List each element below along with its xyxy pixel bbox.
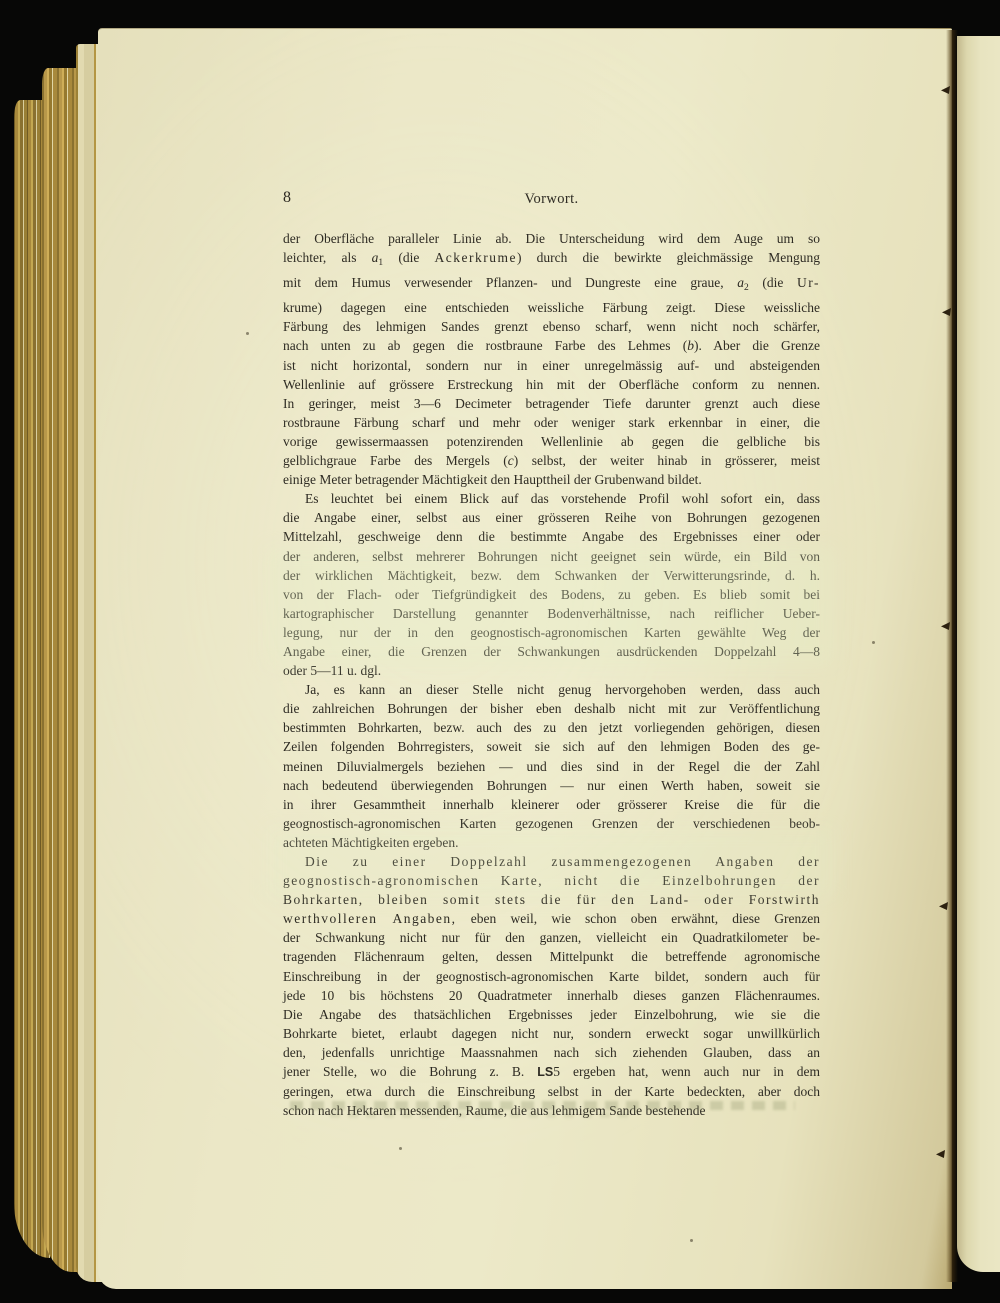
text-line: der Oberfläche paralleler Linie ab. Die … (283, 229, 820, 248)
text-line: den, jedenfalls unrichtige Maassnahmen n… (283, 1043, 820, 1062)
text-line: vorige gewissermaassen potenzirenden Wel… (283, 432, 820, 451)
paragraph: Ja, es kann an dieser Stelle nicht genug… (283, 680, 820, 852)
text-line: jede 10 bis höchstens 20 Quadratmeter in… (283, 986, 820, 1005)
text-line: achteten Mächtigkeiten ergeben. (283, 833, 820, 852)
text-line: die zahlreichen Bohrungen der bisher ebe… (283, 699, 820, 718)
text-line: ist nicht horizontal, sondern nur in ein… (283, 356, 820, 375)
text-line: gelblichgraue Farbe des Mergels (c) selb… (283, 451, 820, 470)
text-line: von der Flach- oder Tiefgründigkeit des … (283, 585, 820, 604)
page-number: 8 (283, 189, 291, 207)
text-line: jener Stelle, wo die Bohrung z. B. LS5 e… (283, 1062, 820, 1082)
text-line: oder 5—11 u. dgl. (283, 661, 820, 680)
text-line: in ihrer Gesammtheit innerhalb kleinerer… (283, 795, 820, 814)
text-line: krume) dagegen eine entschieden weisslic… (283, 298, 820, 317)
paragraph: Es leuchtet bei einem Blick auf das vors… (283, 489, 820, 680)
text-line: Die Angabe des thatsächlichen Ergebnisse… (283, 1005, 820, 1024)
text-line: Es leuchtet bei einem Blick auf das vors… (283, 489, 820, 508)
text-line: Bohrkarten, bleiben somit stets die für … (283, 890, 820, 909)
text-line: Mittelzahl, geschweige denn die bestimmt… (283, 527, 820, 546)
text-line: der Schwankung nicht nur für den ganzen,… (283, 928, 820, 947)
text-line: meinen Diluvialmergels beziehen — und di… (283, 757, 820, 776)
dust-speck (246, 332, 249, 335)
book-photo: 8 Vorwort. der Oberfläche paralleler Lin… (0, 0, 1000, 1303)
book-page: 8 Vorwort. der Oberfläche paralleler Lin… (98, 28, 952, 1289)
text-line: In geringer, meist 3—6 Decimeter betrage… (283, 394, 820, 413)
dust-speck (872, 641, 875, 644)
text-line: einige Meter betragender Mächtigkeit den… (283, 470, 820, 489)
text-line: bestimmten Bohrkarten, bezw. auch des zu… (283, 718, 820, 737)
text-line: legung, nur der in den geognostisch-agro… (283, 623, 820, 642)
text-line: Die zu einer Doppelzahl zusammengezogene… (283, 852, 820, 871)
dust-speck (399, 1147, 402, 1150)
paragraph: Die zu einer Doppelzahl zusammengezogene… (283, 852, 820, 1120)
text-line: mit dem Humus verwesender Pflanzen- und … (283, 273, 820, 298)
text-line: nach unten zu ab gegen die rostbraune Fa… (283, 336, 820, 355)
text-line: Angabe einer, die Grenzen der Schwankung… (283, 642, 820, 661)
paragraph: der Oberfläche paralleler Linie ab. Die … (283, 229, 820, 489)
text-line: geognostisch-agronomischen Karten gezoge… (283, 814, 820, 833)
text-line: Bohrkarte bietet, erlaubt dagegen nicht … (283, 1024, 820, 1043)
text-line: leichter, als a1 (die Ackerkrume) durch … (283, 248, 820, 273)
text-line: nach bedeutend überwiegenden Bohrungen —… (283, 776, 820, 795)
text-line: Wellenlinie auf grössere Erstreckung hin… (283, 375, 820, 394)
text-line: geognostisch-agronomischen Karte, nicht … (283, 871, 820, 890)
text-line: Färbung des lehmigen Sandes grenzt ebens… (283, 317, 820, 336)
text-line: kartographischer Darstellung genannter B… (283, 604, 820, 623)
text-line: Zeilen folgenden Bohrregisters, soweit s… (283, 737, 820, 756)
body-text: der Oberfläche paralleler Linie ab. Die … (283, 229, 820, 1120)
text-line: tragenden Flächenraum gelten, dessen Mit… (283, 947, 820, 966)
next-page-edge (957, 36, 1000, 1272)
text-line: der anderen, selbst mehrerer Bohrungen n… (283, 547, 820, 566)
text-line: die Angabe einer, selbst aus einer gröss… (283, 508, 820, 527)
page-heading: Vorwort. (283, 189, 820, 208)
text-line: geringen, etwa durch die Einschreibung s… (283, 1082, 820, 1101)
text-line: Ja, es kann an dieser Stelle nicht genug… (283, 680, 820, 699)
text-line: der wirklichen Mächtigkeit, bezw. dem Sc… (283, 566, 820, 585)
text-line: schon nach Hektaren messenden, Raume, di… (283, 1101, 820, 1120)
text-line: rostbraune Färbung scharf und mehr oder … (283, 413, 820, 432)
text-block: 8 Vorwort. der Oberfläche paralleler Lin… (283, 189, 820, 1120)
text-line: werthvolleren Angaben, eben weil, wie sc… (283, 909, 820, 928)
dust-speck (690, 1239, 693, 1242)
text-line: Einschreibung in der geognostisch-agrono… (283, 967, 820, 986)
page-header: 8 Vorwort. (283, 189, 820, 229)
